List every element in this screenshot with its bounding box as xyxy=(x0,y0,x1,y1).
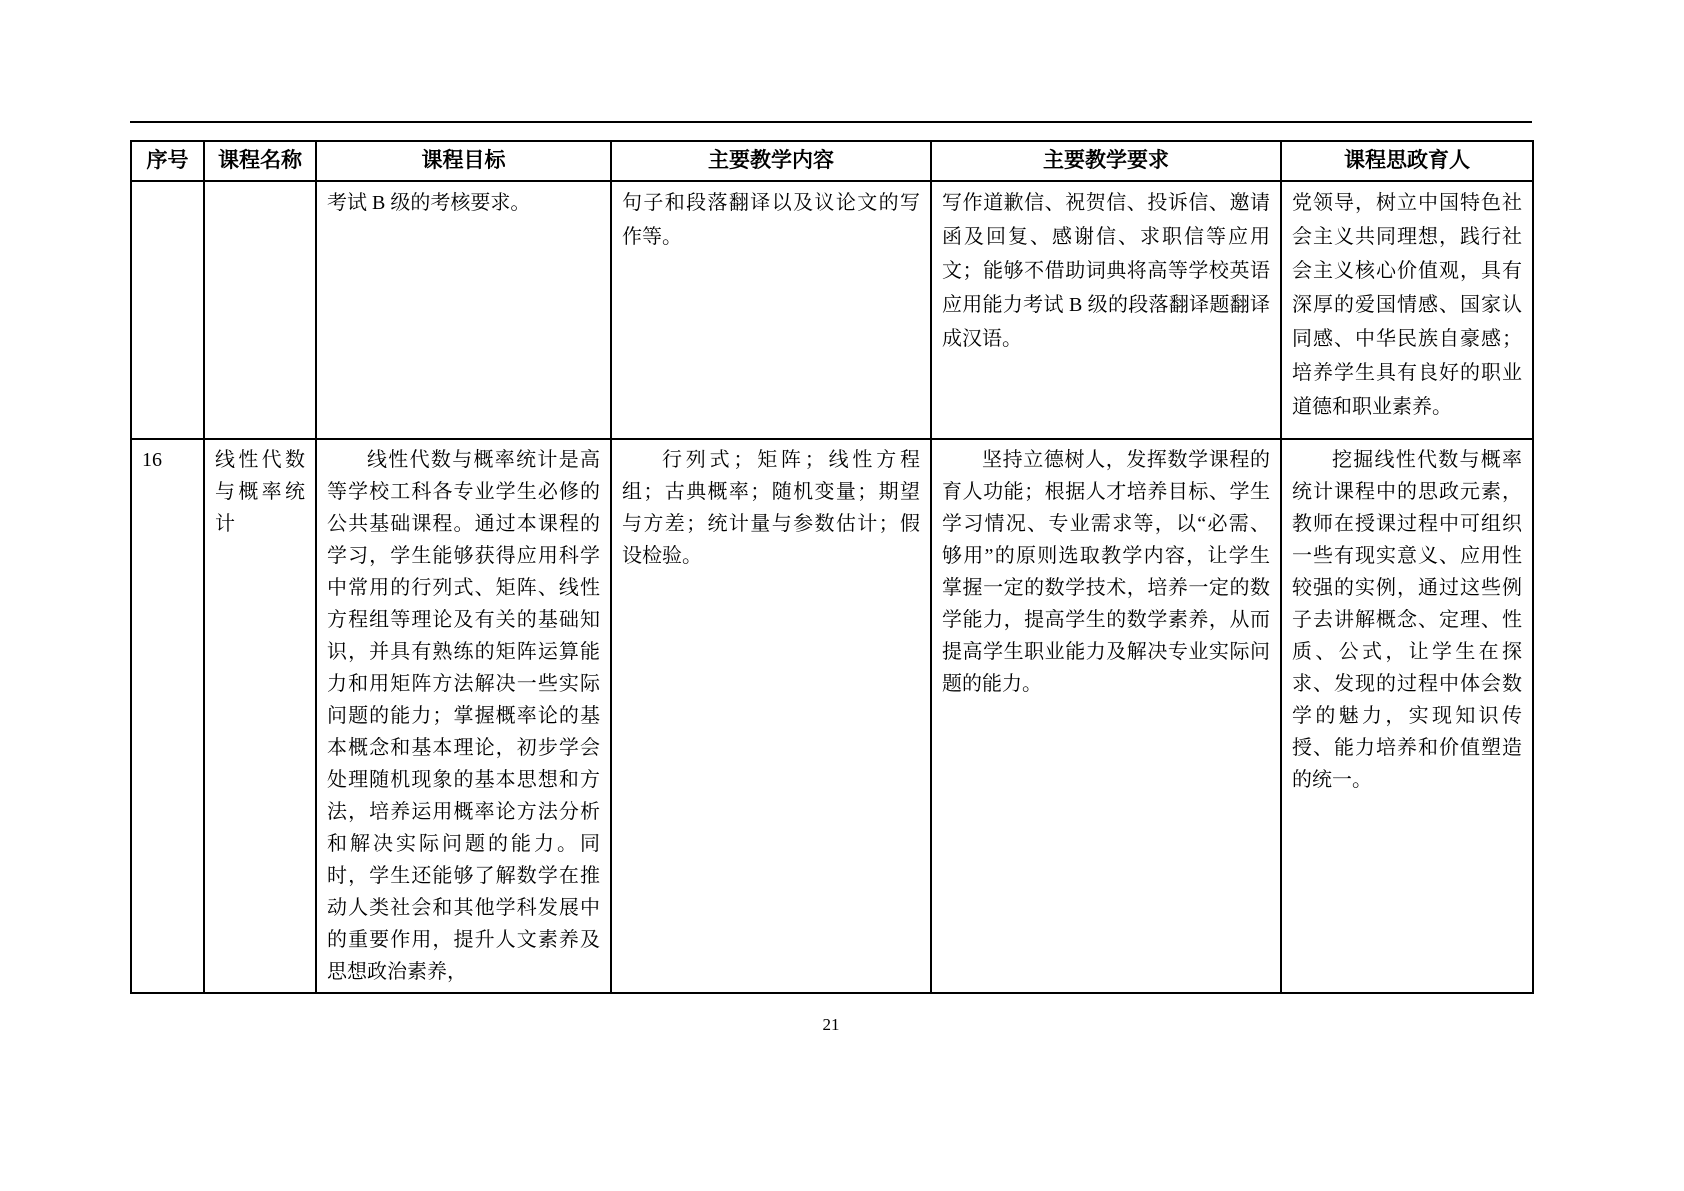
table-row-16: 16 线性代数与概率统计 线性代数与概率统计是高等学校工科各专业学生必修的公共基… xyxy=(131,439,1533,993)
cell-objectives: 考试 B 级的考核要求。 xyxy=(316,181,611,439)
header-course-name: 课程名称 xyxy=(204,141,316,181)
document-page: 序号 课程名称 课程目标 主要教学内容 主要教学要求 课程思政育人 考试 B 级… xyxy=(0,0,1684,1191)
header-ideology: 课程思政育人 xyxy=(1281,141,1533,181)
page-number: 21 xyxy=(130,1015,1532,1035)
cell-requirements: 写作道歉信、祝贺信、投诉信、邀请函及回复、感谢信、求职信等应用文；能够不借助词典… xyxy=(931,181,1281,439)
cell-content: 行列式；矩阵；线性方程组；古典概率；随机变量；期望与方差；统计量与参数估计；假设… xyxy=(611,439,931,993)
cell-objectives: 线性代数与概率统计是高等学校工科各专业学生必修的公共基础课程。通过本课程的学习，… xyxy=(316,439,611,993)
header-requirements: 主要教学要求 xyxy=(931,141,1281,181)
cell-course-name: 线性代数与概率统计 xyxy=(204,439,316,993)
table-header-row: 序号 课程名称 课程目标 主要教学内容 主要教学要求 课程思政育人 xyxy=(131,141,1533,181)
header-objectives: 课程目标 xyxy=(316,141,611,181)
cell-requirements: 坚持立德树人，发挥数学课程的育人功能；根据人才培养目标、学生学习情况、专业需求等… xyxy=(931,439,1281,993)
cell-seq: 16 xyxy=(131,439,204,993)
page-header-rule xyxy=(130,121,1532,123)
cell-content: 句子和段落翻译以及议论文的写作等。 xyxy=(611,181,931,439)
cell-ideology: 党领导，树立中国特色社会主义共同理想，践行社会主义核心价值观，具有深厚的爱国情感… xyxy=(1281,181,1533,439)
course-syllabus-table: 序号 课程名称 课程目标 主要教学内容 主要教学要求 课程思政育人 考试 B 级… xyxy=(130,140,1534,994)
table-row-continuation: 考试 B 级的考核要求。 句子和段落翻译以及议论文的写作等。 写作道歉信、祝贺信… xyxy=(131,181,1533,439)
cell-seq xyxy=(131,181,204,439)
cell-course-name xyxy=(204,181,316,439)
header-content: 主要教学内容 xyxy=(611,141,931,181)
cell-ideology: 挖掘线性代数与概率统计课程中的思政元素，教师在授课过程中可组织一些有现实意义、应… xyxy=(1281,439,1533,993)
header-seq: 序号 xyxy=(131,141,204,181)
